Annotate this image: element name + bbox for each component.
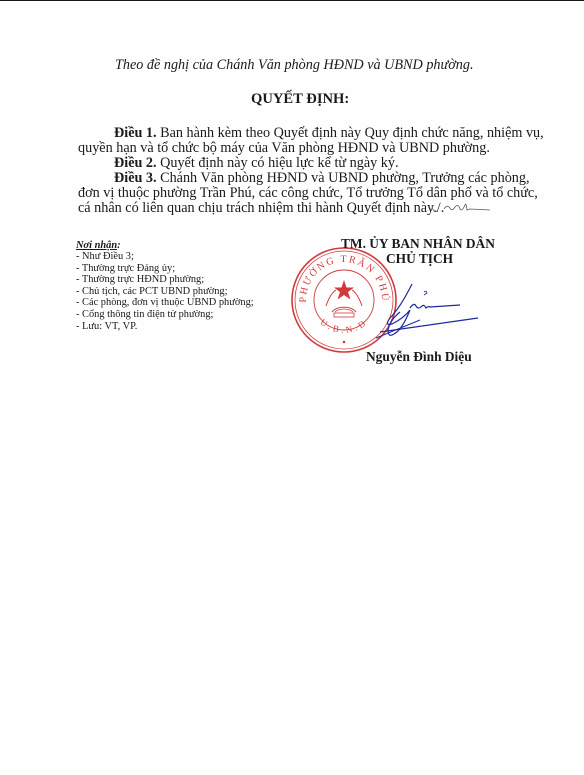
article-3-label: Điều 3. [114,170,157,186]
decision-heading: QUYẾT ĐỊNH: [251,91,349,107]
article-3-line-3: cá nhân có liên quan chịu trách nhiệm th… [78,200,444,216]
signature-position: CHỦ TỊCH [386,251,453,267]
article-3-line-1: Điều 3. Chánh Văn phòng HĐND và UBND phư… [114,170,530,186]
recipient-item: - Thường trực HĐND phường; [76,274,254,286]
proposal-line: Theo đề nghị của Chánh Văn phòng HĐND và… [115,57,474,73]
star-icon [334,280,354,300]
recipient-item: - Chủ tịch, các PCT UBND phường; [76,286,254,298]
recipients-title: Nơi nhận: [76,240,121,252]
recipient-item: - Như Điều 3; [76,251,254,263]
handwritten-signature [360,280,490,350]
recipient-item: - Cổng thông tin điện tử phường; [76,309,254,321]
recipient-item: - Lưu: VT, VP. [76,321,254,333]
recipient-item: - Các phòng, đơn vị thuộc UBND phường; [76,297,254,309]
signer-name: Nguyễn Đình Diệu [366,349,472,365]
recipients-list: - Như Điều 3; - Thường trực Đảng ủy; - T… [76,251,254,332]
article-1-line-1: Điều 1. Ban hành kèm theo Quyết định này… [114,125,544,141]
signature-on-behalf: TM. ỦY BAN NHÂN DÂN [341,236,495,252]
article-1-line-2: quyền hạn và tổ chức bộ máy của Văn phòn… [78,140,490,156]
article-3-line-2: đơn vị thuộc phường Trần Phú, các công c… [78,185,538,201]
article-2-line-1: Điều 2. Quyết định này có hiệu lực kể từ… [114,155,399,171]
page-top-border [0,0,584,1]
recipient-item: - Thường trực Đảng ủy; [76,263,254,275]
article-1-label: Điều 1. [114,125,157,141]
article-2-label: Điều 2. [114,155,157,171]
initials-mark [430,200,500,216]
